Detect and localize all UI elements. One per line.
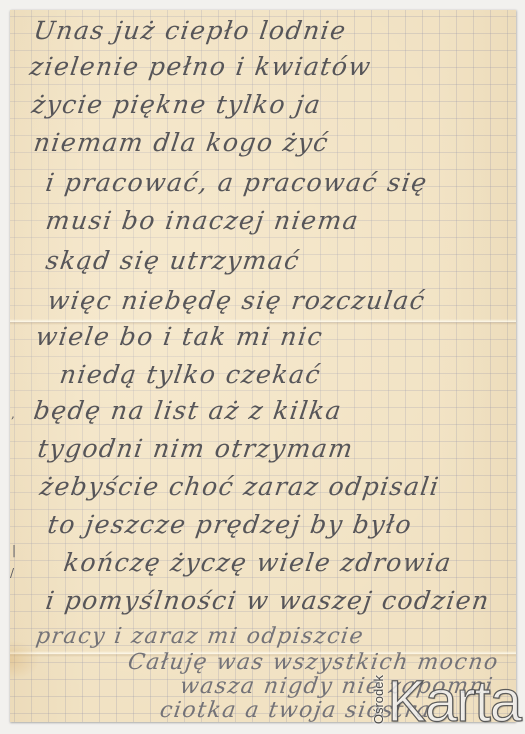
margin-mark: / [10, 566, 14, 580]
letter-line-15: kończę życzę wiele zdrowia [62, 548, 454, 577]
letter-line-7: skąd się utrzymać [44, 246, 302, 275]
letter-line-2: zielenie pełno i kwiatów [28, 52, 374, 81]
letter-line-4: niemam dla kogo żyć [32, 128, 331, 157]
letter-line-14: to jeszcze prędzej by było [46, 510, 414, 539]
letter-line-3: życie piękne tylko ja [30, 90, 323, 119]
letter-line-11: będę na list aż z kilka [32, 396, 344, 425]
watermark-label-small: Ośrodek [371, 675, 386, 724]
letter-line-1: Unas już ciepło lodnie [32, 16, 349, 45]
letter-page: , | / Unas już ciepło lodnie zielenie pe… [10, 10, 516, 722]
letter-line-8: więc niebędę się rozczulać [46, 286, 428, 315]
letter-line-17: pracy i zaraz mi odpiszcie [34, 624, 366, 649]
letter-line-13: żebyście choć zaraz odpisali [38, 472, 442, 501]
letter-line-16: i pomyślności w waszej codzien [44, 586, 492, 615]
karta-watermark: Ośrodek Karta [371, 675, 521, 728]
letter-line-5: i pracować, a pracować się [44, 168, 430, 197]
letter-line-6: musi bo inaczej niema [44, 206, 361, 235]
margin-mark: | [12, 543, 16, 557]
letter-line-10: niedą tylko czekać [58, 360, 323, 389]
margin-mark: , [11, 407, 15, 421]
letter-line-12: tygodni nim otrzymam [36, 434, 356, 463]
letter-line-9: wiele bo i tak mi nic [34, 322, 325, 351]
watermark-label-big: Karta [387, 676, 521, 728]
